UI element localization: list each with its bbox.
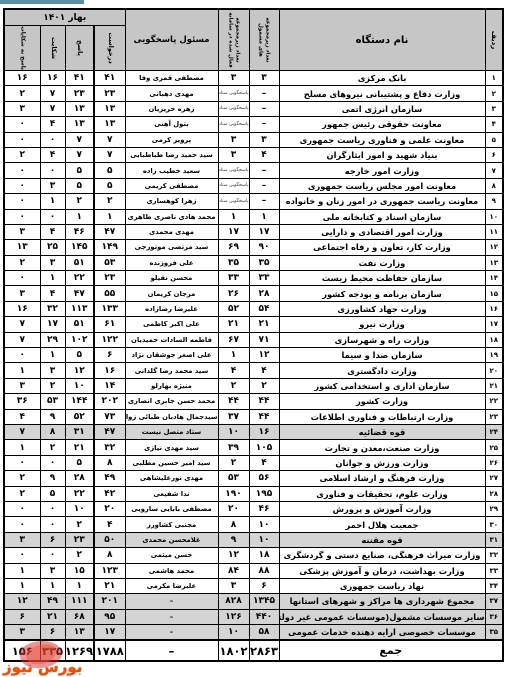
complaint-count-cell: ۲۱ [40, 609, 65, 624]
table-row: ۲۴قوه قضائیه۱۶۱۰ستاد متصل نیست۴۷۳۱۸۷ [4, 424, 503, 439]
org-name-cell: وزارت ارتباطات و فناوری اطلاعات [279, 409, 485, 424]
active-count-cell: ۲۱ [218, 317, 249, 332]
responder-name-cell: مصطفی قمری وفا [125, 71, 218, 86]
request-count-cell: ۲ [94, 194, 125, 209]
org-name-cell: سازمان اسناد و کتابخانه ملی [279, 209, 485, 224]
responder-name-cell: علیرضا مکرمی [125, 578, 218, 593]
covered-count-cell: – [249, 117, 279, 132]
active-count-cell: پاسخگویی ستادی [218, 117, 249, 132]
answer-count-cell: ۱ [65, 578, 94, 593]
answer-count-cell: ۲۸ [65, 471, 94, 486]
request-count-cell: ۹۵ [94, 609, 125, 624]
org-name-cell: معاونت امور مجلس ریاست جمهوری [279, 178, 485, 193]
complaint-answer-count-cell: ۲ [4, 147, 40, 162]
org-name-cell: وزارت کار، تعاون و رفاه اجتماعی [279, 240, 485, 255]
request-count-cell: ۴۱ [94, 71, 125, 86]
covered-count-cell: ۱ [249, 209, 279, 224]
header-active-count: تعداد زیرمجموعه فعال شده در سامانه [218, 9, 249, 71]
covered-count-cell: ۳ [249, 71, 279, 86]
covered-count-cell: ۱۳۴۵ [249, 594, 279, 609]
covered-count-cell: ۴ [249, 455, 279, 470]
complaint-answer-count-cell: ۲ [4, 86, 40, 101]
org-name-cell: وزارت صنعت،معدن و تجارت [279, 440, 485, 455]
answer-count-cell: ۴۱ [65, 71, 94, 86]
complaint-count-cell: ۲۹ [40, 332, 65, 347]
responder-name-cell: غلامحسن محمدی [125, 532, 218, 547]
responder-name-cell: زهرا کوهساری [125, 194, 218, 209]
org-name-cell: وزارت امور خارجه [279, 163, 485, 178]
covered-count-cell: ۳ [249, 132, 279, 147]
complaint-answer-count-cell: ۰ [4, 132, 40, 147]
row-number-cell: ۱۶ [485, 301, 503, 316]
table-row: ۳۰جمعیت هلال احمر۱۰۸مجتبی کشاورز۴۲۰۰ [4, 517, 503, 532]
org-name-cell: وزارت فرهنگ و ارشاد اسلامی [279, 471, 485, 486]
request-count-cell: ۵ [94, 163, 125, 178]
complaint-count-cell: ۶ [40, 625, 65, 641]
row-number-cell: ۱۴ [485, 271, 503, 286]
row-number-cell: ۱۵ [485, 286, 503, 301]
request-count-cell: ۱۶ [94, 363, 125, 378]
table-row: ۳۴نهاد ریاست جمهوری۶۳علیرضا مکرمی۲۱۱۱۱ [4, 578, 503, 593]
request-count-cell: ۵ [94, 178, 125, 193]
row-number-cell: ۵ [485, 132, 503, 147]
table-row: ۱۲وزارت کار، تعاون و رفاه اجتماعی۹۰۶۹سید… [4, 240, 503, 255]
complaint-answer-count-cell: ۳ [4, 532, 40, 547]
covered-count-cell: – [249, 178, 279, 193]
header-covered-count: تعداد زیرمجموعه های مشمول [249, 9, 279, 71]
table-row: ۲۰وزارت دادگستری۴۴سید محمد رضا گلدانی۱۶۱… [4, 363, 503, 378]
responder-name-cell: محمد هاشمی [125, 563, 218, 578]
complaint-count-cell: ۴ [40, 117, 65, 132]
complaint-answer-count-cell: ۲ [4, 486, 40, 501]
table-row: ۴معاونت حقوقی رئیس جمهور–پاسخگویی ستادیب… [4, 117, 503, 132]
table-row: ۱۵سازمان برنامه و بودجه کشور۲۸۲۶مرجان کر… [4, 286, 503, 301]
responder-name-cell: – [125, 594, 218, 609]
row-number-cell: ۴ [485, 117, 503, 132]
table-row: ۳۷مجموع شهرداری ها مراکز و شهرهای استانه… [4, 594, 503, 609]
row-number-cell: ۱۷ [485, 317, 503, 332]
request-count-cell: ۸ [94, 455, 125, 470]
request-count-cell: ۱ [94, 209, 125, 224]
row-number-cell: ۳۵ [485, 625, 503, 641]
answer-count-cell: ۱۰ [65, 378, 94, 393]
responder-name-cell: علی اکبر کاظمی [125, 317, 218, 332]
request-count-cell: ۶ [94, 348, 125, 363]
complaint-answer-count-cell: ۳۶ [4, 394, 40, 409]
complaint-count-cell: ۲ [40, 440, 65, 455]
request-count-cell: ۲۱ [94, 578, 125, 593]
complaint-count-cell: ۵۳ [40, 394, 65, 409]
complaint-answer-count-cell: ۰ [4, 348, 40, 363]
responder-name-cell: پرویز کرمی [125, 132, 218, 147]
responder-name-cell: محسن نقیلو [125, 271, 218, 286]
complaint-answer-count-cell: ۱ [4, 563, 40, 578]
header-complaint: شکایت [40, 26, 65, 71]
answer-count-cell: ۵۲ [65, 409, 94, 424]
table-row: ۸معاونت امور مجلس ریاست جمهوری–پاسخگویی … [4, 178, 503, 193]
active-count-cell: پاسخگویی ستادی [218, 194, 249, 209]
row-number-cell: ۲۸ [485, 486, 503, 501]
row-number-cell: ۲۴ [485, 424, 503, 439]
answer-count-cell: ۱۳ [65, 101, 94, 116]
active-count-cell: ۶۹ [218, 240, 249, 255]
active-count-cell: پاسخگویی ستادی [218, 178, 249, 193]
header-row-top: ردیف نام دستگاه تعداد زیرمجموعه های مشمو… [4, 9, 503, 26]
total-responder-cell: – [125, 640, 218, 661]
org-name-cell: قوه مقننه [279, 532, 485, 547]
responder-name-cell: سید مهدی نیازی [125, 440, 218, 455]
active-count-cell: ۸ [218, 517, 249, 532]
row-number-cell: ۱ [485, 71, 503, 86]
total-covered-cell: ۲۸۶۳ [249, 640, 279, 661]
table-header: ردیف نام دستگاه تعداد زیرمجموعه های مشمو… [4, 9, 503, 71]
answer-count-cell: ۲ [65, 194, 94, 209]
org-name-cell: وزارت نفت [279, 255, 485, 270]
complaint-count-cell: ۲۵ [40, 240, 65, 255]
row-number-cell: ۲۳ [485, 409, 503, 424]
covered-count-cell: ۱۰ [249, 517, 279, 532]
row-number-cell: ۱۰ [485, 209, 503, 224]
table-row: ۶بنیاد شهید و امور ایثارگران۴۳سید حمید ر… [4, 147, 503, 162]
header-answer: پاسخ [65, 26, 94, 71]
responder-name-cell: منیژه بهارلو [125, 378, 218, 393]
complaint-count-cell: ۰ [40, 517, 65, 532]
table-row: ۵معاونت علمی و فناوری ریاست جمهوری۳۳پروی… [4, 132, 503, 147]
complaint-count-cell: ۴۹ [40, 594, 65, 609]
answer-count-cell: ۲۲ [65, 271, 94, 286]
accountability-table: ردیف نام دستگاه تعداد زیرمجموعه های مشمو… [3, 8, 504, 662]
row-number-cell: ۳۳ [485, 563, 503, 578]
org-name-cell: سایر موسسات مشمول(موسسات عمومی غیر دولتی… [279, 609, 485, 624]
complaint-count-cell: ۷ [40, 86, 65, 101]
org-name-cell: معاونت علمی و فناوری ریاست جمهوری [279, 132, 485, 147]
table-row: ۳۳وزارت بهداشت، درمان و آموزش پزشکی۸۸۸۴م… [4, 563, 503, 578]
org-name-cell: سازمان انرژی اتمی [279, 101, 485, 116]
active-count-cell: ۱۰ [218, 424, 249, 439]
complaint-answer-count-cell: ۱۶ [4, 71, 40, 86]
request-count-cell: ۶۱ [94, 317, 125, 332]
request-count-cell: ۷ [94, 132, 125, 147]
complaint-count-cell: ۷ [40, 101, 65, 116]
active-count-cell: ۱۷ [218, 224, 249, 239]
request-count-cell: ۵۵ [94, 286, 125, 301]
row-number-cell: ۲۱ [485, 378, 503, 393]
row-number-cell: ۱۱ [485, 224, 503, 239]
request-count-cell: ۲۰ [94, 501, 125, 516]
org-name-cell: وزارت دفاع و پشتیبانی نیروهای مسلح [279, 86, 485, 101]
request-count-cell: ۴۲ [94, 486, 125, 501]
active-count-cell: ۳ [218, 578, 249, 593]
header-org-name: نام دستگاه [279, 9, 485, 71]
covered-count-cell: ۲۱ [249, 317, 279, 332]
complaint-count-cell: ۱ [40, 578, 65, 593]
answer-count-cell: ۱ [65, 209, 94, 224]
covered-count-cell: – [249, 101, 279, 116]
table-row: ۳۵موسسات خصوصی ارایه دهنده خدمات عمومی۵۸… [4, 625, 503, 641]
org-name-cell: وزارت نیرو [279, 317, 485, 332]
table-row: ۱۰سازمان اسناد و کتابخانه ملی۱۱محمد هادی… [4, 209, 503, 224]
season-header: بهار ۱۴۰۱ [4, 9, 125, 26]
complaint-answer-count-cell: ۱ [4, 440, 40, 455]
covered-count-cell: ۳۵ [249, 255, 279, 270]
complaint-answer-count-cell: ۰ [4, 163, 40, 178]
org-name-cell: بنیاد شهید و امور ایثارگران [279, 147, 485, 162]
complaint-count-cell: ۱ [40, 194, 65, 209]
request-count-cell: ۱۳۳ [94, 301, 125, 316]
complaint-count-cell: ۰ [40, 548, 65, 563]
row-number-cell: ۳۱ [485, 532, 503, 547]
org-name-cell: وزارت میراث فرهنگی، صنایع دستی و گردشگری [279, 548, 485, 563]
active-count-cell: ۸۴ [218, 563, 249, 578]
active-count-cell: ۴ [218, 363, 249, 378]
request-count-cell: ۱۷ [94, 625, 125, 641]
answer-count-cell: ۱۲ [65, 363, 94, 378]
org-name-cell: سازمان برنامه و بودجه کشور [279, 286, 485, 301]
responder-name-cell: علی اصغر جوشقان نژاد [125, 348, 218, 363]
request-count-cell: ۷ [94, 147, 125, 162]
active-count-cell: پاسخگویی ستادی [218, 163, 249, 178]
row-number-cell: ۳۷ [485, 594, 503, 609]
request-count-cell: ۲۳ [94, 86, 125, 101]
row-number-cell: ۳۰ [485, 517, 503, 532]
answer-count-cell: ۲۳ [65, 532, 94, 547]
complaint-count-cell: ۹ [40, 471, 65, 486]
complaint-count-cell: ۵ [40, 486, 65, 501]
row-number-cell: ۲۲ [485, 394, 503, 409]
complaint-count-cell: ۶ [40, 532, 65, 547]
active-count-cell: ۱۹۰ [218, 486, 249, 501]
complaint-count-cell: ۳ [40, 255, 65, 270]
covered-count-cell: ۱۰ [249, 532, 279, 547]
org-name-cell: مجموع شهرداری ها مراکز و شهرهای استانها [279, 594, 485, 609]
complaint-answer-count-cell: ۰ [4, 517, 40, 532]
complaint-answer-count-cell: ۲ [4, 471, 40, 486]
active-count-cell: ۳۷ [218, 409, 249, 424]
active-count-cell: ۱ [218, 348, 249, 363]
org-name-cell: موسسات خصوصی ارایه دهنده خدمات عمومی [279, 625, 485, 641]
row-number-cell: ۲۰ [485, 363, 503, 378]
active-count-cell: ۳ [218, 147, 249, 162]
total-label-cell: جمع [279, 640, 503, 661]
responder-name-cell: مصطفی بابایی سارویی [125, 501, 218, 516]
complaint-count-cell: ۱ [40, 348, 65, 363]
request-count-cell: ۲۰۲ [94, 394, 125, 409]
complaint-answer-count-cell: ۰ [4, 178, 40, 193]
complaint-count-cell: ۰ [40, 455, 65, 470]
covered-count-cell: – [249, 194, 279, 209]
complaint-answer-count-cell: ۱ [4, 363, 40, 378]
row-number-cell: ۶ [485, 147, 503, 162]
complaint-answer-count-cell: ۱۳ [4, 240, 40, 255]
responder-name-cell: فاطمه السادات حمیدیان [125, 332, 218, 347]
table-row: ۳۶سایر موسسات مشمول(موسسات عمومی غیر دول… [4, 609, 503, 624]
table-row: ۷وزارت امور خارجه–پاسخگویی ستادیسعید خطی… [4, 163, 503, 178]
complaint-answer-count-cell: ۳ [4, 286, 40, 301]
row-number-cell: ۳ [485, 101, 503, 116]
table-row: ۱۳وزارت نفت۳۵۳۵علی فروزنده۵۳۵۱۳۲ [4, 255, 503, 270]
covered-count-cell: – [249, 86, 279, 101]
responder-name-cell: بتول آهنی [125, 117, 218, 132]
answer-count-cell: ۱۵ [65, 563, 94, 578]
responder-name-cell: سید حمید رضا طباطبایی [125, 147, 218, 162]
answer-count-cell: ۵ [65, 163, 94, 178]
responder-name-cell: سعید خطیب زاده [125, 163, 218, 178]
complaint-count-cell: ۰ [40, 132, 65, 147]
complaint-count-cell: ۹ [40, 409, 65, 424]
complaint-count-cell: ۲ [40, 378, 65, 393]
active-count-cell: ۳۵ [218, 255, 249, 270]
complaint-count-cell: ۳ [40, 178, 65, 193]
covered-count-cell: ۷۱ [249, 332, 279, 347]
covered-count-cell: ۱۷ [249, 224, 279, 239]
row-number-cell: ۹ [485, 194, 503, 209]
header-request: درخواست [94, 26, 125, 71]
org-name-cell: سازمان اداری و استخدامی کشور [279, 378, 485, 393]
covered-count-cell: ۲۸ [249, 286, 279, 301]
complaint-count-cell: ۰ [40, 501, 65, 516]
responder-name-cell: محمد حسن جابری انصاری [125, 394, 218, 409]
complaint-answer-count-cell: ۱ [4, 578, 40, 593]
active-count-cell: ۱۲۶ [218, 609, 249, 624]
active-count-cell: ۳ [218, 71, 249, 86]
covered-count-cell: ۹۰ [249, 240, 279, 255]
complaint-answer-count-cell: ۲ [4, 255, 40, 270]
answer-count-cell: ۴۷ [65, 286, 94, 301]
answer-count-cell: ۷ [65, 147, 94, 162]
responder-name-cell: ندا شفیعی [125, 486, 218, 501]
active-count-cell: ۳۳ [218, 271, 249, 286]
complaint-count-cell: ۸ [40, 424, 65, 439]
request-count-cell: ۴۹ [94, 471, 125, 486]
request-count-cell: ۱۲۳ [94, 563, 125, 578]
table-row: ۲۷وزارت فرهنگ و ارشاد اسلامی۵۶۵۳مهدی نور… [4, 471, 503, 486]
responder-name-cell: – [125, 609, 218, 624]
request-count-cell: ۱۲۲ [94, 332, 125, 347]
org-name-cell: وزارت آموزش و پرورش [279, 501, 485, 516]
request-count-cell: ۸ [94, 548, 125, 563]
request-count-cell: ۱۳ [94, 117, 125, 132]
responder-name-cell: حسن میثمی [125, 548, 218, 563]
request-count-cell: ۱۳ [94, 101, 125, 116]
responder-name-cell: مهدی نورعلیشاهی [125, 471, 218, 486]
covered-count-cell: ۳۳ [249, 271, 279, 286]
row-number-cell: ۲۷ [485, 471, 503, 486]
table-row: ۱۱وزارت امور اقتصادی و دارایی۱۷۱۷مهدی مح… [4, 224, 503, 239]
answer-count-cell: ۴۶ [65, 224, 94, 239]
covered-count-cell: ۲ [249, 378, 279, 393]
request-count-cell: ۲۳ [94, 271, 125, 286]
complaint-answer-count-cell: ۷ [4, 424, 40, 439]
responder-name-cell: محمد هادی ناصری طاهری [125, 209, 218, 224]
report-page: ردیف نام دستگاه تعداد زیرمجموعه های مشمو… [0, 0, 507, 677]
answer-count-cell: ۵۱ [65, 255, 94, 270]
active-count-cell: ۲ [218, 378, 249, 393]
answer-count-cell: ۷ [65, 132, 94, 147]
answer-count-cell: ۱۰ [65, 501, 94, 516]
request-count-cell: ۵۳ [94, 255, 125, 270]
answer-count-cell: ۱۱۱ [65, 594, 94, 609]
covered-count-cell: ۱۹۵ [249, 486, 279, 501]
org-name-cell: نهاد ریاست جمهوری [279, 578, 485, 593]
row-number-cell: ۳۲ [485, 548, 503, 563]
covered-count-cell: ۵۴ [249, 301, 279, 316]
answer-count-cell: ۳۱ [65, 424, 94, 439]
complaint-answer-count-cell: ۴ [4, 409, 40, 424]
active-count-cell: ۱۲ [218, 548, 249, 563]
covered-count-cell: ۱۶ [249, 424, 279, 439]
covered-count-cell: ۴ [249, 363, 279, 378]
request-count-cell: ۳۲ [94, 440, 125, 455]
responder-name-cell: مهدی محمدی [125, 224, 218, 239]
covered-count-cell: ۴ [249, 147, 279, 162]
active-count-cell: ۲ [218, 455, 249, 470]
org-name-cell: وزارت جهاد کشاورزی [279, 301, 485, 316]
header-complaint-answer: پاسخ به شکایات [4, 26, 40, 71]
answer-count-cell: ۲۳ [65, 86, 94, 101]
row-number-cell: ۲۹ [485, 501, 503, 516]
request-count-cell: ۷۳ [94, 409, 125, 424]
active-count-cell: ۵۳ [218, 471, 249, 486]
covered-count-cell: – [249, 163, 279, 178]
request-count-cell: ۴۷ [94, 224, 125, 239]
row-number-cell: ۱۲ [485, 240, 503, 255]
total-active-cell: ۱۸۰۲ [218, 640, 249, 661]
table-row: ۲۸وزارت علوم، تحقیقات و فناوری۱۹۵۱۹۰ندا … [4, 486, 503, 501]
responder-name-cell: علیرضا رضازاده [125, 301, 218, 316]
org-name-cell: وزارت امور اقتصادی و دارایی [279, 224, 485, 239]
org-name-cell: معاونت حقوقی رئیس جمهور [279, 117, 485, 132]
row-number-cell: ۲۵ [485, 440, 503, 455]
complaint-answer-count-cell: ۷ [4, 317, 40, 332]
answer-count-cell: ۵ [65, 178, 94, 193]
answer-count-cell: ۱۱۳ [65, 301, 94, 316]
active-count-cell: ۸۲۸ [218, 594, 249, 609]
complaint-answer-count-cell: ۰ [4, 209, 40, 224]
complaint-count-cell: ۱ [40, 271, 65, 286]
row-number-cell: ۱۸ [485, 332, 503, 347]
org-name-cell: وزارت ورزش و جوانان [279, 455, 485, 470]
active-count-cell: ۳ [218, 132, 249, 147]
covered-count-cell: ۴۴۰ [249, 609, 279, 624]
responder-name-cell: سیدجمال هادیان طبائی زواره [125, 409, 218, 424]
responder-name-cell: مصطفی کریمی [125, 178, 218, 193]
complaint-answer-count-cell: ۳ [4, 101, 40, 116]
answer-count-cell: ۱۳ [65, 117, 94, 132]
request-count-cell: ۵۰ [94, 532, 125, 547]
complaint-answer-count-cell: ۰ [4, 117, 40, 132]
request-count-cell: ۱۴ [94, 378, 125, 393]
top-accent-bar [0, 0, 84, 4]
complaint-count-cell: ۴ [40, 147, 65, 162]
header-responder: مسئول پاسخگویی [125, 9, 218, 71]
complaint-answer-count-cell: ۱۲ [4, 594, 40, 609]
active-count-cell: ۲۶ [218, 286, 249, 301]
complaint-answer-count-cell: ۰ [4, 194, 40, 209]
table-row: ۲۱سازمان اداری و استخدامی کشور۲۲منیژه به… [4, 378, 503, 393]
covered-count-cell: ۴۶ [249, 501, 279, 516]
row-number-cell: ۳۶ [485, 609, 503, 624]
request-count-cell: ۴ [94, 517, 125, 532]
covered-count-cell: ۱۸ [249, 548, 279, 563]
table-row: ۲۳وزارت ارتباطات و فناوری اطلاعات۴۴۳۷سید… [4, 409, 503, 424]
table-row: ۲۹وزارت آموزش و پرورش۴۶۲۰مصطفی بابایی سا… [4, 501, 503, 516]
answer-count-cell: ۱۴۴ [65, 394, 94, 409]
org-name-cell: وزارت بهداشت، درمان و آموزش پزشکی [279, 563, 485, 578]
complaint-answer-count-cell: ۶ [4, 609, 40, 624]
covered-count-cell: ۸۸ [249, 563, 279, 578]
complaint-answer-count-cell: ۳ [4, 378, 40, 393]
complaint-answer-count-cell: ۰ [4, 548, 40, 563]
